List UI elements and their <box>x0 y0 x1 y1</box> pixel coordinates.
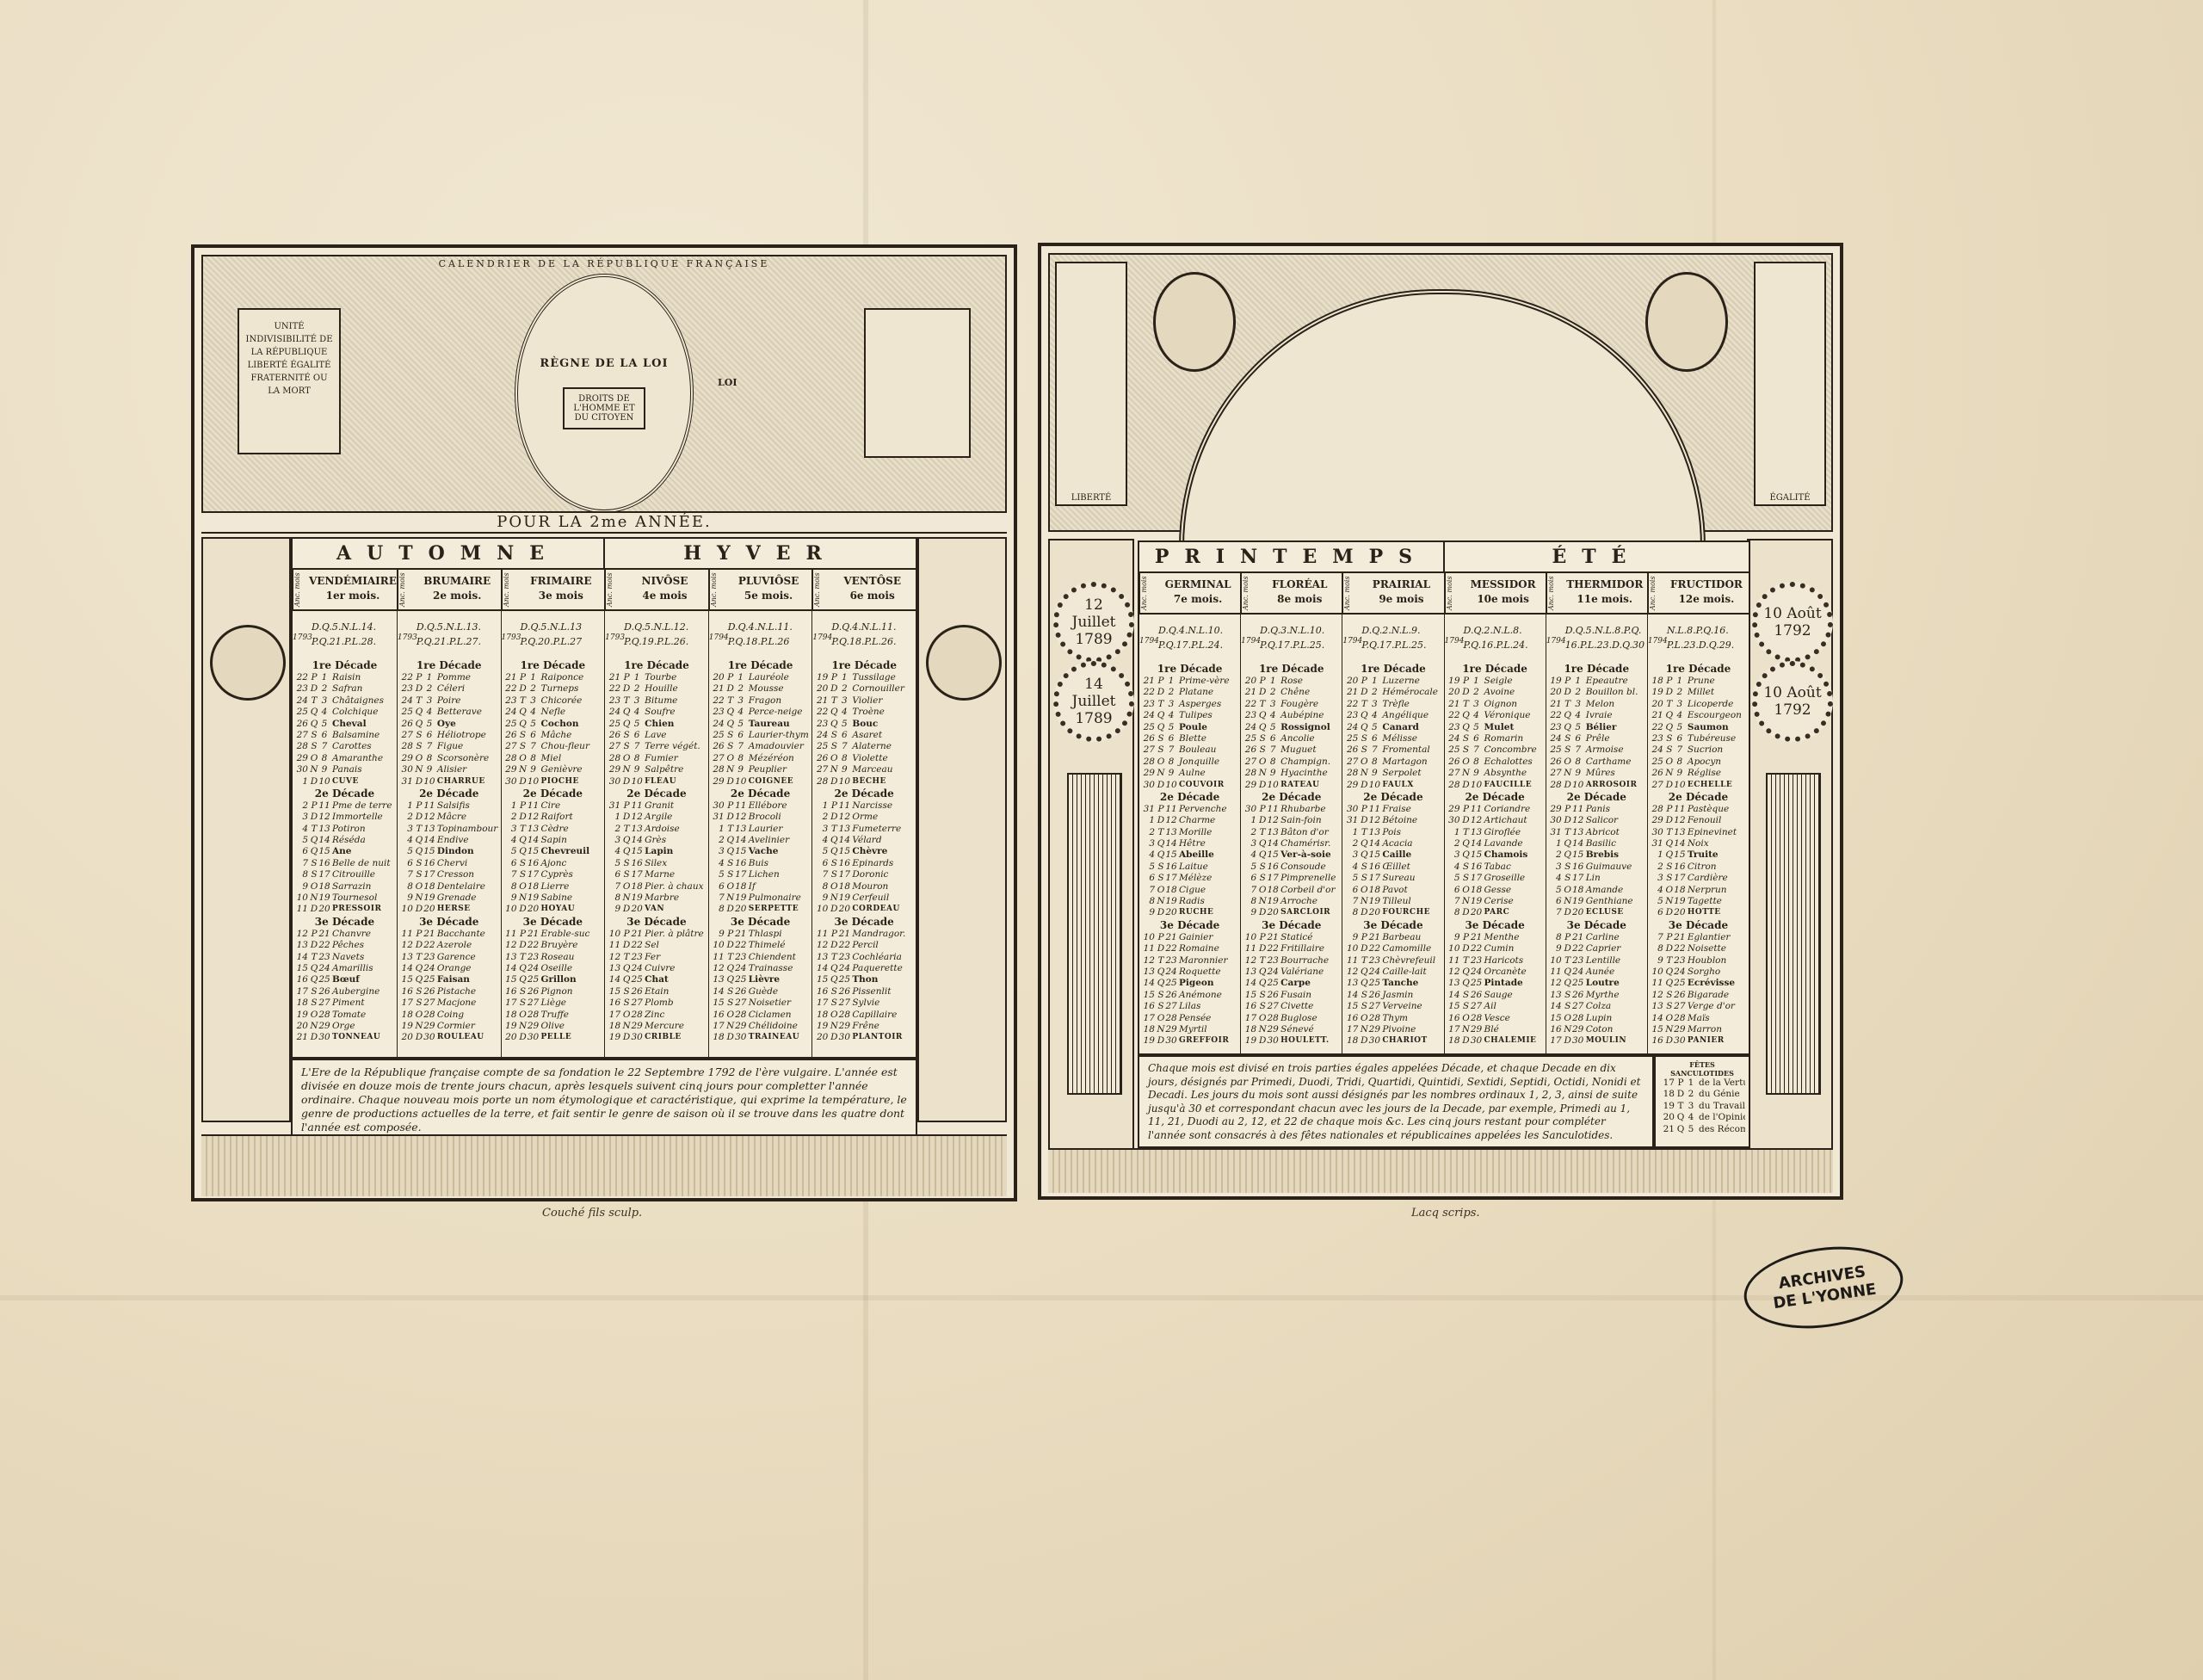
season-summer: ÉTÉ <box>1443 542 1749 571</box>
republican-day: 7 <box>1572 744 1584 756</box>
month-header: Anc. moisMESSIDOR10e mois <box>1445 573 1546 615</box>
day-row: 26S6Lave <box>605 730 708 741</box>
republican-day: 2 <box>1572 687 1584 698</box>
republican-day: 10 <box>423 776 435 787</box>
weekday-letter: O <box>622 881 631 892</box>
day-name: Topinambour <box>435 824 501 835</box>
day-name: Bitume <box>643 695 708 707</box>
weekday-letter: D <box>1665 943 1674 954</box>
day-name: Staticé <box>1279 932 1342 943</box>
anc-mois-label: Anc. mois <box>502 570 518 609</box>
weekday-letter: Q <box>726 974 735 985</box>
weekday-letter: Q <box>1676 1124 1685 1135</box>
republican-day: 10 <box>838 776 850 787</box>
republican-day: 11 <box>423 800 435 812</box>
day-name: Abricot <box>1584 827 1647 838</box>
year: 1794 <box>1445 615 1460 663</box>
republican-day: 27 <box>318 997 330 1009</box>
republican-day: 7 <box>631 741 643 752</box>
republican-day: 25 <box>1471 978 1483 989</box>
day-name: FAULX <box>1380 780 1443 791</box>
republican-day: 18 <box>838 881 850 892</box>
gregorian-day: 24 <box>1241 722 1258 733</box>
gregorian-day: 1 <box>1648 849 1665 861</box>
republican-day: 14 <box>1572 838 1584 849</box>
day-name: Cerise <box>1483 896 1546 907</box>
republican-day: 26 <box>528 986 540 997</box>
republican-day: 23 <box>528 952 540 963</box>
day-row: 17S26Aubergine <box>293 986 397 997</box>
day-row: 28N9Peuplier <box>709 764 812 775</box>
republican-day: 15 <box>528 846 540 857</box>
republican-day: 24 <box>1368 967 1380 978</box>
anc-mois-label: Anc. mois <box>1546 573 1563 613</box>
gregorian-day: 14 <box>1139 978 1157 989</box>
gregorian-day: 2 <box>398 812 415 823</box>
day-row: 23T3Chicorée <box>502 695 605 707</box>
decade-label: 1re Décade <box>812 659 916 672</box>
day-name: Grillon <box>540 974 605 985</box>
day-name: Immortelle <box>330 812 397 823</box>
gregorian-day: 8 <box>293 869 310 880</box>
day-name: Taureau <box>747 719 812 730</box>
republican-day: 19 <box>528 892 540 904</box>
day-name: Cuivre <box>643 963 708 974</box>
weekday-letter: D <box>622 812 631 823</box>
day-row: 3T13Fumeterre <box>812 824 916 835</box>
republican-day: 26 <box>1267 990 1279 1001</box>
weekday-letter: S <box>830 858 838 869</box>
day-row: 4S17Lin <box>1546 873 1647 884</box>
weekday-letter: P <box>1676 1078 1685 1089</box>
gregorian-day: 15 <box>1546 1013 1564 1024</box>
day-row: 11P21Mandragor. <box>812 929 916 940</box>
weekday-letter: P <box>622 800 631 812</box>
gregorian-day: 4 <box>398 835 415 846</box>
months-row: Anc. moisGERMINAL7e mois.1794D.Q.4.N.L.1… <box>1139 573 1749 1084</box>
republican-day: 3 <box>1368 699 1380 710</box>
weekday-letter: D <box>519 776 528 787</box>
day-row: 25S6Mélisse <box>1342 733 1443 744</box>
day-row: 10D20CORDEAU <box>812 904 916 915</box>
weekday-letter: T <box>1360 955 1368 967</box>
gregorian-day: 1 <box>398 800 415 812</box>
gregorian-day: 20 <box>1241 676 1258 687</box>
republican-day: 30 <box>318 1032 330 1043</box>
gregorian-day: 20 <box>502 1032 519 1043</box>
day-name: Epeautre <box>1584 676 1647 687</box>
republican-day: 21 <box>1471 932 1483 943</box>
day-name: Saumon <box>1686 722 1749 733</box>
republican-day: 25 <box>1267 978 1279 989</box>
weekday-letter: D <box>1462 943 1471 954</box>
day-row: 7S17Doronic <box>812 869 916 880</box>
moon-phases: 1794D.Q.2.N.L.8.P.Q.16.P.L.24. <box>1445 615 1546 663</box>
gregorian-day: 7 <box>812 869 830 880</box>
gregorian-day: 3 <box>502 824 519 835</box>
weekday-letter: Q <box>1360 967 1368 978</box>
republican-day: 23 <box>735 952 747 963</box>
day-row: 27S7Terre végét. <box>605 741 708 752</box>
day-row: 28N9Serpolet <box>1342 768 1443 779</box>
day-name: Chèvrefeuil <box>1380 955 1443 967</box>
gregorian-day: 2 <box>709 835 726 846</box>
gregorian-day: 30 <box>1546 815 1564 826</box>
day-row: 8D20PARC <box>1445 907 1546 918</box>
republican-day: 23 <box>838 952 850 963</box>
gregorian-day: 10 <box>398 904 415 915</box>
day-name: Colchique <box>330 707 397 718</box>
day-row: 8O18Dentelaire <box>398 881 501 892</box>
moon-line: D.Q.5.N.L.13. <box>417 620 499 634</box>
decade-label: 2e Décade <box>1648 791 1749 804</box>
weekday-letter: S <box>830 869 838 880</box>
day-name: Lapin <box>643 846 708 857</box>
day-row: 29N9Aulne <box>1139 768 1240 779</box>
day-name: Giroflée <box>1483 827 1546 838</box>
republican-day: 25 <box>318 974 330 985</box>
republican-day: 23 <box>1674 955 1686 967</box>
weekday-letter: T <box>1564 827 1572 838</box>
season-spring: PRINTEMPS <box>1139 542 1443 571</box>
republican-day: 15 <box>423 846 435 857</box>
gregorian-day: 27 <box>293 730 310 741</box>
day-name: Potiron <box>330 824 397 835</box>
republican-day: 16 <box>1267 862 1279 873</box>
day-name: Ellébore <box>747 800 812 812</box>
day-row: 25S6Laurier-thym <box>709 730 812 741</box>
gregorian-day: 11 <box>812 929 830 940</box>
gregorian-day: 17 <box>605 1010 622 1021</box>
weekday-letter: S <box>310 869 318 880</box>
day-row: 25S7Alaterne <box>812 741 916 752</box>
republican-day: 4 <box>1685 1112 1697 1123</box>
month-name: THERMIDOR <box>1566 578 1643 590</box>
republican-day: 2 <box>1471 687 1483 698</box>
day-row: 12T23Fer <box>605 952 708 963</box>
gregorian-day: 26 <box>812 753 830 764</box>
gregorian-day: 30 <box>1342 804 1360 815</box>
day-name: Brebis <box>1584 849 1647 861</box>
day-row: 21Q4Escourgeon <box>1648 710 1749 721</box>
day-name: Bétoine <box>1380 815 1443 826</box>
republican-day: 2 <box>423 683 435 695</box>
day-name: Cornouiller <box>850 683 916 695</box>
day-row: 7P21Eglantier <box>1648 932 1749 943</box>
gregorian-day: 5 <box>1648 896 1665 907</box>
day-name: Doronic <box>850 869 916 880</box>
day-row: 13T23Roseau <box>502 952 605 963</box>
decade-label: 2e Décade <box>605 787 708 800</box>
republican-day: 25 <box>1572 978 1584 989</box>
day-name: Peuplier <box>747 764 812 775</box>
day-name: Thimelé <box>747 940 812 951</box>
anc-mois-label: Anc. mois <box>1445 573 1461 613</box>
day-name: Amande <box>1584 885 1647 896</box>
day-name: Carpe <box>1279 978 1342 989</box>
day-name: Pêches <box>330 940 397 951</box>
day-name: Cerfeuil <box>850 892 916 904</box>
day-name: Sabine <box>540 892 605 904</box>
day-row: 16O28Vesce <box>1445 1013 1546 1024</box>
calendar-panel-spring-summer: LIBERTÉ ÉGALITÉ 12 Juillet 1789 14 Juill… <box>1038 243 1843 1200</box>
day-name: Avoine <box>1483 687 1546 698</box>
weekday-letter: S <box>622 730 631 741</box>
republican-day: 18 <box>528 881 540 892</box>
republican-day: 19 <box>1572 896 1584 907</box>
day-row: 1Q14Basilic <box>1546 838 1647 849</box>
republican-day: 10 <box>1267 780 1279 791</box>
month-header: Anc. moisFRUCTIDOR12e mois. <box>1648 573 1749 615</box>
day-name: Belle de nuit <box>330 858 397 869</box>
day-name: Sorgho <box>1686 967 1749 978</box>
weekday-letter: D <box>830 683 838 695</box>
weekday-letter: D <box>1665 1035 1674 1047</box>
republican-day: 29 <box>631 1021 643 1032</box>
day-row: 28P11Pastèque <box>1648 804 1749 815</box>
republican-day: 17 <box>1572 873 1584 884</box>
republican-day: 27 <box>838 997 850 1009</box>
republican-day: 25 <box>1368 978 1380 989</box>
day-row: 26O8Echalottes <box>1445 757 1546 768</box>
republican-day: 17 <box>1267 873 1279 884</box>
republican-day: 4 <box>1471 710 1483 721</box>
republican-day: 13 <box>631 824 643 835</box>
day-name: Chat <box>643 974 708 985</box>
republican-day: 30 <box>1572 1035 1584 1047</box>
weekday-letter: S <box>726 730 735 741</box>
gregorian-day: 23 <box>502 695 519 707</box>
weekday-letter: P <box>1462 676 1471 687</box>
republican-day: 23 <box>318 952 330 963</box>
day-row: 25S7Armoise <box>1546 744 1647 756</box>
month-ordinal: 4e mois <box>621 589 708 603</box>
day-name: Pistache <box>435 986 501 997</box>
gregorian-day: 12 <box>605 952 622 963</box>
republican-day: 14 <box>1165 838 1177 849</box>
weekday-letter: D <box>1564 815 1572 826</box>
flag-banner: UNITÉ INDIVISIBILITÉ DE LA RÉPUBLIQUE LI… <box>238 308 341 454</box>
day-name: Coriandre <box>1483 804 1546 815</box>
gregorian-day: 13 <box>812 952 830 963</box>
day-row: 16S26Pissenlit <box>812 986 916 997</box>
day-name: Mulet <box>1483 722 1546 733</box>
day-name: Bœuf <box>330 974 397 985</box>
day-row: 15N29Marron <box>1648 1024 1749 1035</box>
republican-day: 11 <box>838 800 850 812</box>
gregorian-day: 24 <box>1546 733 1564 744</box>
republican-day: 13 <box>838 824 850 835</box>
day-row: 14Q24Orange <box>398 963 501 974</box>
wreath-date: 10 Août <box>1763 684 1821 701</box>
day-name: RUCHE <box>1177 907 1240 918</box>
day-name: Sapin <box>540 835 605 846</box>
republican-day: 4 <box>1674 710 1686 721</box>
weekday-letter: S <box>1258 744 1267 756</box>
republican-day: 22 <box>528 940 540 951</box>
day-row: 22Q4Ivraie <box>1546 710 1647 721</box>
weekday-letter: D <box>1665 687 1674 698</box>
day-row: 29O8Amaranthe <box>293 753 397 764</box>
day-name: Laurier <box>747 824 812 835</box>
gregorian-day: 5 <box>502 846 519 857</box>
month-name: FRUCTIDOR <box>1670 578 1743 590</box>
gregorian-day: 10 <box>1648 967 1665 978</box>
day-row: 8D20FOURCHE <box>1342 907 1443 918</box>
day-name: Arroche <box>1279 896 1342 907</box>
weekday-letter: O <box>519 881 528 892</box>
day-row: 18S27Piment <box>293 997 397 1009</box>
weekday-letter: Q <box>415 974 423 985</box>
day-name: Carline <box>1584 932 1647 943</box>
republican-day: 1 <box>528 672 540 683</box>
republican-day: 26 <box>838 986 850 997</box>
republican-day: 12 <box>318 812 330 823</box>
weekday-letter: Q <box>1462 710 1471 721</box>
republican-day: 22 <box>318 940 330 951</box>
day-row: 19O28Tomate <box>293 1010 397 1021</box>
day-name: Charme <box>1177 815 1240 826</box>
day-row: 11T23Haricots <box>1445 955 1546 967</box>
weekday-letter: O <box>519 753 528 764</box>
republican-day: 17 <box>528 869 540 880</box>
day-name: ROULEAU <box>435 1032 501 1043</box>
gregorian-day: 16 <box>1342 1013 1360 1024</box>
gregorian-day: 14 <box>1241 978 1258 989</box>
day-name: Lierre <box>540 881 605 892</box>
day-name: Hêtre <box>1177 838 1240 849</box>
day-name: Jonquille <box>1177 757 1240 768</box>
weekday-letter: S <box>519 858 528 869</box>
day-row: 9N19Sabine <box>502 892 605 904</box>
gregorian-day: 26 <box>709 741 726 752</box>
republican-day: 22 <box>1165 943 1177 954</box>
gregorian-day: 18 <box>293 997 310 1009</box>
day-name: Myrthe <box>1584 990 1647 1001</box>
weekday-letter: N <box>830 764 838 775</box>
archives-stamp: ARCHIVES DE L'YONNE <box>1739 1238 1909 1338</box>
day-name: Tomate <box>330 1010 397 1021</box>
gregorian-day: 18 <box>502 1010 519 1021</box>
day-row: 18N29Mercure <box>605 1021 708 1032</box>
day-row: 3S17Cardière <box>1648 873 1749 884</box>
day-name: Azerole <box>435 940 501 951</box>
weekday-letter: S <box>1564 873 1572 884</box>
republican-day: 30 <box>838 1032 850 1043</box>
day-row: 16O28Thym <box>1342 1013 1443 1024</box>
gregorian-day: 5 <box>293 835 310 846</box>
gregorian-day: 15 <box>293 963 310 974</box>
weekday-letter: S <box>1258 990 1267 1001</box>
gregorian-day: 24 <box>1445 733 1462 744</box>
republican-day: 1 <box>1572 676 1584 687</box>
republican-day: 13 <box>735 824 747 835</box>
month-column: Anc. moisTHERMIDOR11e mois.1794D.Q.5.N.L… <box>1546 573 1647 1084</box>
day-name: Bourrache <box>1279 955 1342 967</box>
weekday-letter: D <box>726 776 735 787</box>
day-row: 5Q15Chèvre <box>812 846 916 857</box>
gregorian-day: 10 <box>1342 943 1360 954</box>
moon-phases: 1794D.Q.2.N.L.9.P.Q.17.P.L.25. <box>1342 615 1443 663</box>
weekday-letter: D <box>310 1032 318 1043</box>
moon-line: 16.P.L.23.D.Q.30 <box>1565 638 1645 652</box>
weekday-letter: N <box>1462 1024 1471 1035</box>
weekday-letter: P <box>310 672 318 683</box>
day-row: 26O8Carthame <box>1546 757 1647 768</box>
sanculotide-row: 21Q5des Récomp. <box>1659 1124 1745 1135</box>
day-row: 31D10CHARRUE <box>398 776 501 787</box>
weekday-letter: T <box>519 695 528 707</box>
day-name: Anémone <box>1177 990 1240 1001</box>
day-name: Genthiane <box>1584 896 1647 907</box>
weekday-letter: Q <box>830 719 838 730</box>
weekday-letter: O <box>1258 1013 1267 1024</box>
republican-day: 28 <box>528 1010 540 1021</box>
weekday-letter: D <box>622 683 631 695</box>
gregorian-day: 13 <box>1445 978 1462 989</box>
gregorian-day: 16 <box>1139 1001 1157 1012</box>
moon-line: P.Q.18.P.L.26. <box>831 634 914 649</box>
weekday-letter: D <box>415 812 423 823</box>
republican-day: 5 <box>1572 722 1584 733</box>
weekday-letter: D <box>1157 907 1165 918</box>
gregorian-day: 23 <box>709 707 726 718</box>
gregorian-day: 8 <box>1342 907 1360 918</box>
day-name: Ciclamen <box>747 1010 812 1021</box>
moon-phases: 1794D.Q.3.N.L.10.P.Q.17.P.L.25. <box>1241 615 1342 663</box>
day-name: Aunée <box>1584 967 1647 978</box>
day-name: Salpêtre <box>643 764 708 775</box>
republican-day: 5 <box>735 719 747 730</box>
day-name: Raisin <box>330 672 397 683</box>
day-row: 31D12Brocoli <box>709 812 812 823</box>
day-row: 17N29Blé <box>1445 1024 1546 1035</box>
weekday-letter: D <box>830 776 838 787</box>
day-row: 28D10FAUCILLE <box>1445 780 1546 791</box>
gregorian-day: 18 <box>1342 1035 1360 1047</box>
day-name: Fusain <box>1279 990 1342 1001</box>
weekday-letter: Q <box>1258 978 1267 989</box>
day-name: CUVE <box>330 776 397 787</box>
day-row: 1D12Sain-foin <box>1241 815 1342 826</box>
republican-day: 5 <box>528 719 540 730</box>
republican-day: 2 <box>1685 1089 1697 1100</box>
day-row: 26S7Fromental <box>1342 744 1443 756</box>
gregorian-day: 6 <box>1139 873 1157 884</box>
republican-day: 3 <box>1674 699 1686 710</box>
month-ordinal: 11e mois. <box>1563 592 1647 607</box>
weekday-letter: D <box>1360 907 1368 918</box>
weekday-letter: Q <box>1258 967 1267 978</box>
moon-line: D.Q.4.N.L.11. <box>728 620 811 634</box>
gregorian-day: 17 <box>709 1021 726 1032</box>
gregorian-day: 21 <box>1546 699 1564 710</box>
day-name: Chervi <box>435 858 501 869</box>
day-name: Chien <box>643 719 708 730</box>
weekday-letter: T <box>726 695 735 707</box>
day-row: 5S17Groseille <box>1445 873 1546 884</box>
day-name: Cèdre <box>540 824 605 835</box>
day-name: Sucrion <box>1686 744 1749 756</box>
day-name: Salsifis <box>435 800 501 812</box>
republican-day: 30 <box>1368 1035 1380 1047</box>
weekday-letter: Q <box>310 835 318 846</box>
day-row: 31T13Abricot <box>1546 827 1647 838</box>
republican-day: 5 <box>631 719 643 730</box>
weekday-letter: N <box>1462 768 1471 779</box>
weekday-letter: S <box>1665 1001 1674 1012</box>
day-name: FOURCHE <box>1380 907 1443 918</box>
